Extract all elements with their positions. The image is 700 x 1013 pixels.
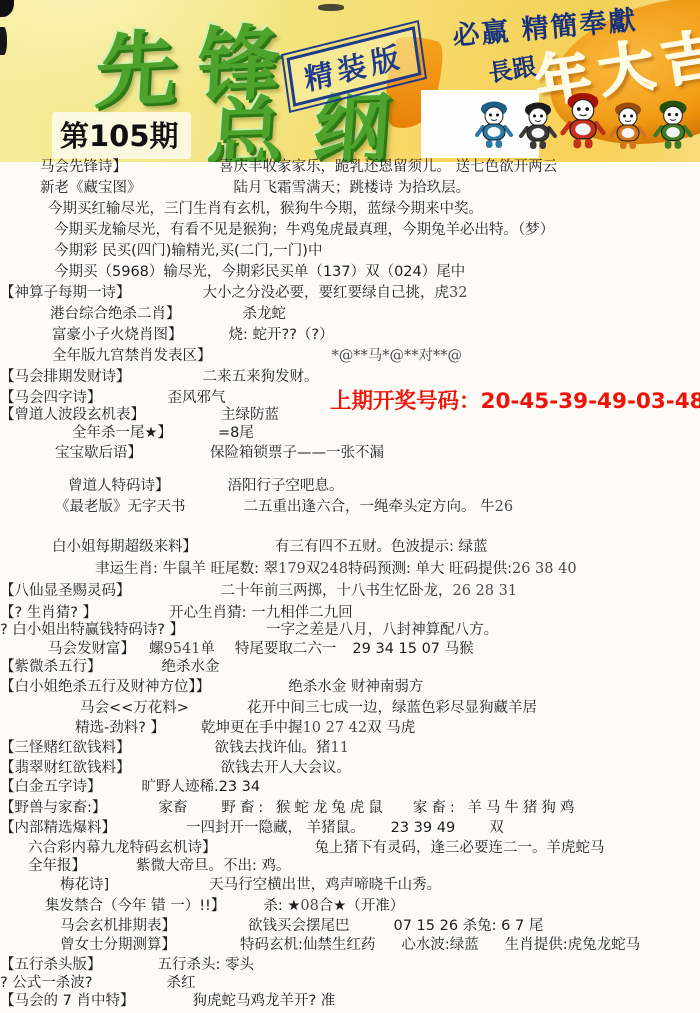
fuwa-blue-mascot-icon: [474, 99, 514, 155]
fuwa-flame-mascot-icon: [559, 90, 607, 156]
text-line-2: 新老《藏宝图》陆月飞霜雪满天；跳楼诗 为拾玖层。: [40, 179, 470, 198]
text-line-30: 【白金五字诗】旷野人迹稀.23 34: [0, 778, 260, 797]
text-line-9: 富豪小子火烧肖图】烧: 蛇开??（?）: [52, 326, 334, 345]
issue-number-label: 第105期: [52, 112, 191, 159]
text-line-36: 集发禁合（今年 错 一）!!】杀: ★08 合★（开准）: [45, 897, 404, 916]
text-line-24: 【紫微杀五行】绝杀水金: [0, 658, 220, 677]
text-line-40: ? 公式一杀波?杀红: [0, 974, 196, 993]
text-line-37: 马会玄机排期表】欲钱买会摆尾巴07 15 26 杀兔: 6 7 尾: [60, 917, 543, 936]
scan-dash-mark: [318, 4, 344, 11]
fuwa-green-mascot-icon: [652, 98, 694, 156]
text-line-17: 《最老版》无字天书二五重出逢六合，一绳牵头定方向。 牛 26: [55, 498, 513, 517]
text-line-7: 【神算子每期一诗】大小之分没必要，要红要绿自己挑，虎 32: [0, 284, 467, 303]
text-line-15: 宝宝歇后语】保险箱锁票子——一张不漏: [55, 444, 384, 463]
text-line-10: 全年版九宫禁肖发表区】*@**马*@**对**@: [52, 347, 462, 366]
text-line-13: 【曾道人波段玄机表】主绿防蓝: [0, 406, 279, 425]
text-line-35: 梅花诗]天马行空横出世，鸡声啼晓千山秀。: [60, 876, 441, 895]
text-line-31: 【野兽与家畜:】家畜野畜: 猴蛇龙兔虎鼠家畜: 羊马牛猪狗鸡: [0, 799, 578, 818]
text-line-41: 【马会的 7 肖中特】狗虎蛇马鸡龙羊开? 准: [0, 992, 335, 1011]
text-line-3: 今期买红输尽光，三门生肖有玄机，猴狗牛今期，蓝绿今期来中奖。: [48, 200, 483, 219]
text-line-20: 【八仙显圣赐灵码】二十年前三两掷，十八书生忆卧龙，26 28 31: [0, 582, 517, 601]
text-line-4: 今期买龙输尽光，有看不见是猴狗；牛鸡兔虎最真理，今期兔羊必出特。（梦）: [54, 221, 554, 240]
text-line-34: 全年报】紫微大帝旦。不出: 鸡。: [28, 857, 291, 876]
scan-corner-mark: [0, 0, 14, 17]
text-line-27: 精选-劲料? 】乾坤更在手中握 10 27 42 双 马虎: [75, 719, 415, 738]
scan-edge-mark: [0, 27, 7, 55]
text-line-26: 马会<<万花料>花开中间三七成一边，绿蓝色彩尽显狗藏羊居: [80, 699, 537, 718]
text-line-14: 全年杀一尾★】=8尾: [72, 424, 254, 443]
fuwa-panda-mascot-icon: [518, 100, 558, 156]
text-line-18: 白小姐每期超级来料】有三有四不五财。色波提示: 绿蓝: [52, 538, 488, 557]
text-line-8: 港台综合绝杀二肖】杀龙蛇: [50, 305, 286, 324]
text-line-33: 六合彩内幕九龙特码玄机诗】兔上猪下有灵码，逢三必要连二一。羊虎蛇马: [28, 839, 605, 858]
text-line-38: 曾女士分期测算】特码玄机:仙禁生红药心水波:绿蓝生肖提供:虎兔龙蛇马: [60, 936, 640, 955]
text-line-23: 马会发财富】螺 9541 单特尾要取二六一29 34 15 07 马猴: [48, 640, 474, 659]
text-line-28: 【三怪赌红欲钱料】欲钱去找许仙。猪 11: [0, 739, 349, 758]
previous-draw-numbers: 上期开奖号码：20-45-39-49-03-48+01: [330, 384, 700, 415]
fuwa-orange-mascot-icon: [608, 100, 648, 156]
text-line-22: ? 白小姐出特赢钱特码诗? 】一字之差是八月，八封神算配八方。: [0, 621, 498, 640]
header-banner: 先锋 总纲 第105期 精装版 必赢 精簡奉獻 長跟 年大吉: [0, 0, 700, 162]
text-line-16: 曾道人特码诗】浯阳行子空吧息。: [68, 477, 344, 496]
text-line-32: 【内部精选爆料】一四封开一隐藏， 羊猪鼠。23 39 49双: [0, 819, 504, 838]
text-line-39: 【五行杀头版】五行杀头: 零头: [0, 956, 254, 975]
text-line-6: 今期买（5968）输尽光，今期彩民买单（137）双（024）尾中: [54, 263, 465, 282]
text-line-19: 聿运生肖: 牛鼠羊 旺尾数: 翠 179 双 248 特码预测: 单大 旺码提供…: [95, 560, 577, 579]
text-line-5: 今期彩 民买(四门)输精光,买(二门,一门)中: [54, 242, 322, 261]
text-line-1: 马会先锋诗】喜庆丰收家家乐，跪乳还恩留须儿。 送七色欲开两云: [40, 158, 557, 177]
text-line-25: 【白小姐绝杀五行及财神方位】】绝杀水金 财神南弱方: [0, 678, 423, 697]
text-line-11: 【马会排期发财诗】二来五来狗发财。: [0, 368, 319, 387]
text-line-29: 【翡翠财红欲钱料】欲钱去开人大会议。: [0, 759, 351, 778]
